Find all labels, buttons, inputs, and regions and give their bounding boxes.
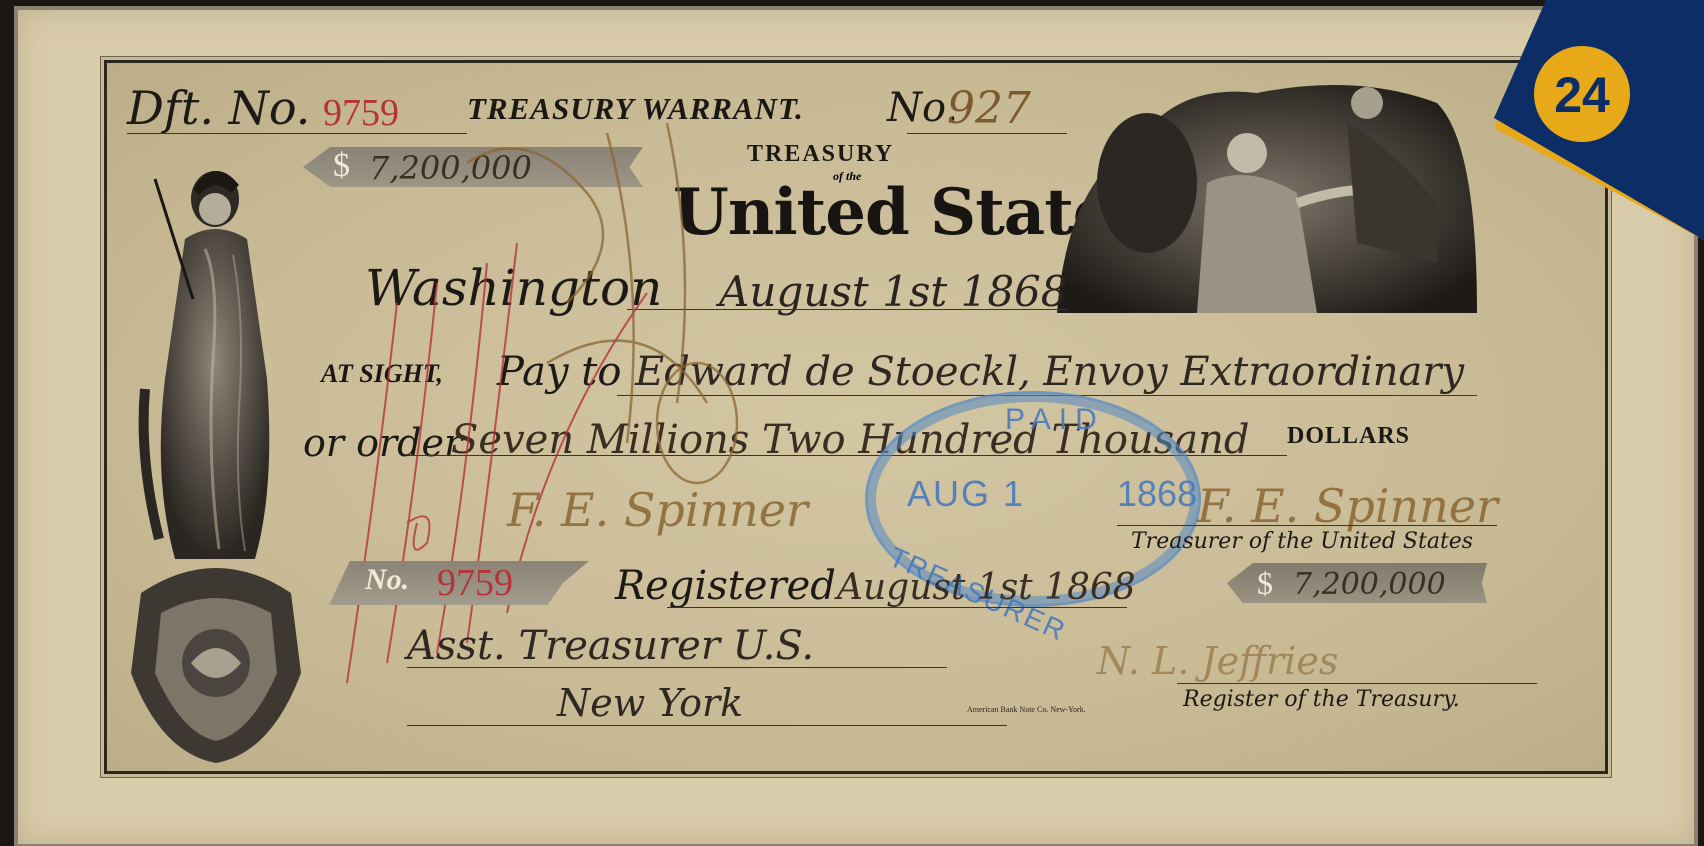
stamp-date: AUG 1	[907, 473, 1025, 515]
treasury-shield-icon	[121, 553, 311, 763]
amount-dollar-sign: $	[333, 147, 350, 185]
payable-city: New York	[557, 681, 743, 725]
treasurer-rule	[1117, 525, 1497, 526]
dollars-label: DOLLARS	[1287, 423, 1410, 450]
registered-label: Registered	[615, 563, 836, 609]
registered-rule	[667, 607, 1127, 608]
warrant-number-handwritten: 927	[947, 83, 1031, 134]
warrant-no-rule	[907, 133, 1067, 134]
liberty-vignette-icon	[135, 159, 295, 569]
stamp-paid-text: PAID	[1005, 403, 1105, 437]
treasury-warrant: Dft. No. 9759 TREASURY WARRANT. No. 927 …	[104, 60, 1608, 774]
draft-rule	[127, 133, 467, 134]
registration-number: 9759	[437, 561, 513, 605]
treasurer-signature-endorsement: F. E. Spinner	[507, 483, 808, 537]
svg-text:24: 24	[1554, 67, 1610, 123]
registered-amount: 7,200,000	[1293, 567, 1446, 602]
draft-number: 9759	[323, 91, 399, 135]
treasurer-label: Treasurer of the United States	[1131, 529, 1473, 554]
registered-date-handwritten: August 1st 1868	[837, 567, 1136, 608]
registration-no-label: No.	[365, 563, 409, 597]
register-label: Register of the Treasury.	[1183, 687, 1460, 712]
registered-amount-dollar-sign: $	[1257, 565, 1273, 602]
draft-number-label: Dft. No.	[127, 81, 310, 135]
payable-at: Asst. Treasurer U.S.	[407, 623, 814, 669]
brown-endorsement-icon	[447, 103, 847, 543]
payable-city-rule	[407, 725, 1007, 726]
stamp-year: 1868	[1117, 473, 1197, 515]
register-signature: N. L. Jeffries	[1097, 639, 1338, 683]
news-logo-icon: 24	[1394, 0, 1704, 240]
register-rule	[1177, 683, 1537, 684]
printer-imprint: American Bank Note Co. New-York.	[967, 705, 1086, 714]
payable-rule	[407, 667, 947, 668]
